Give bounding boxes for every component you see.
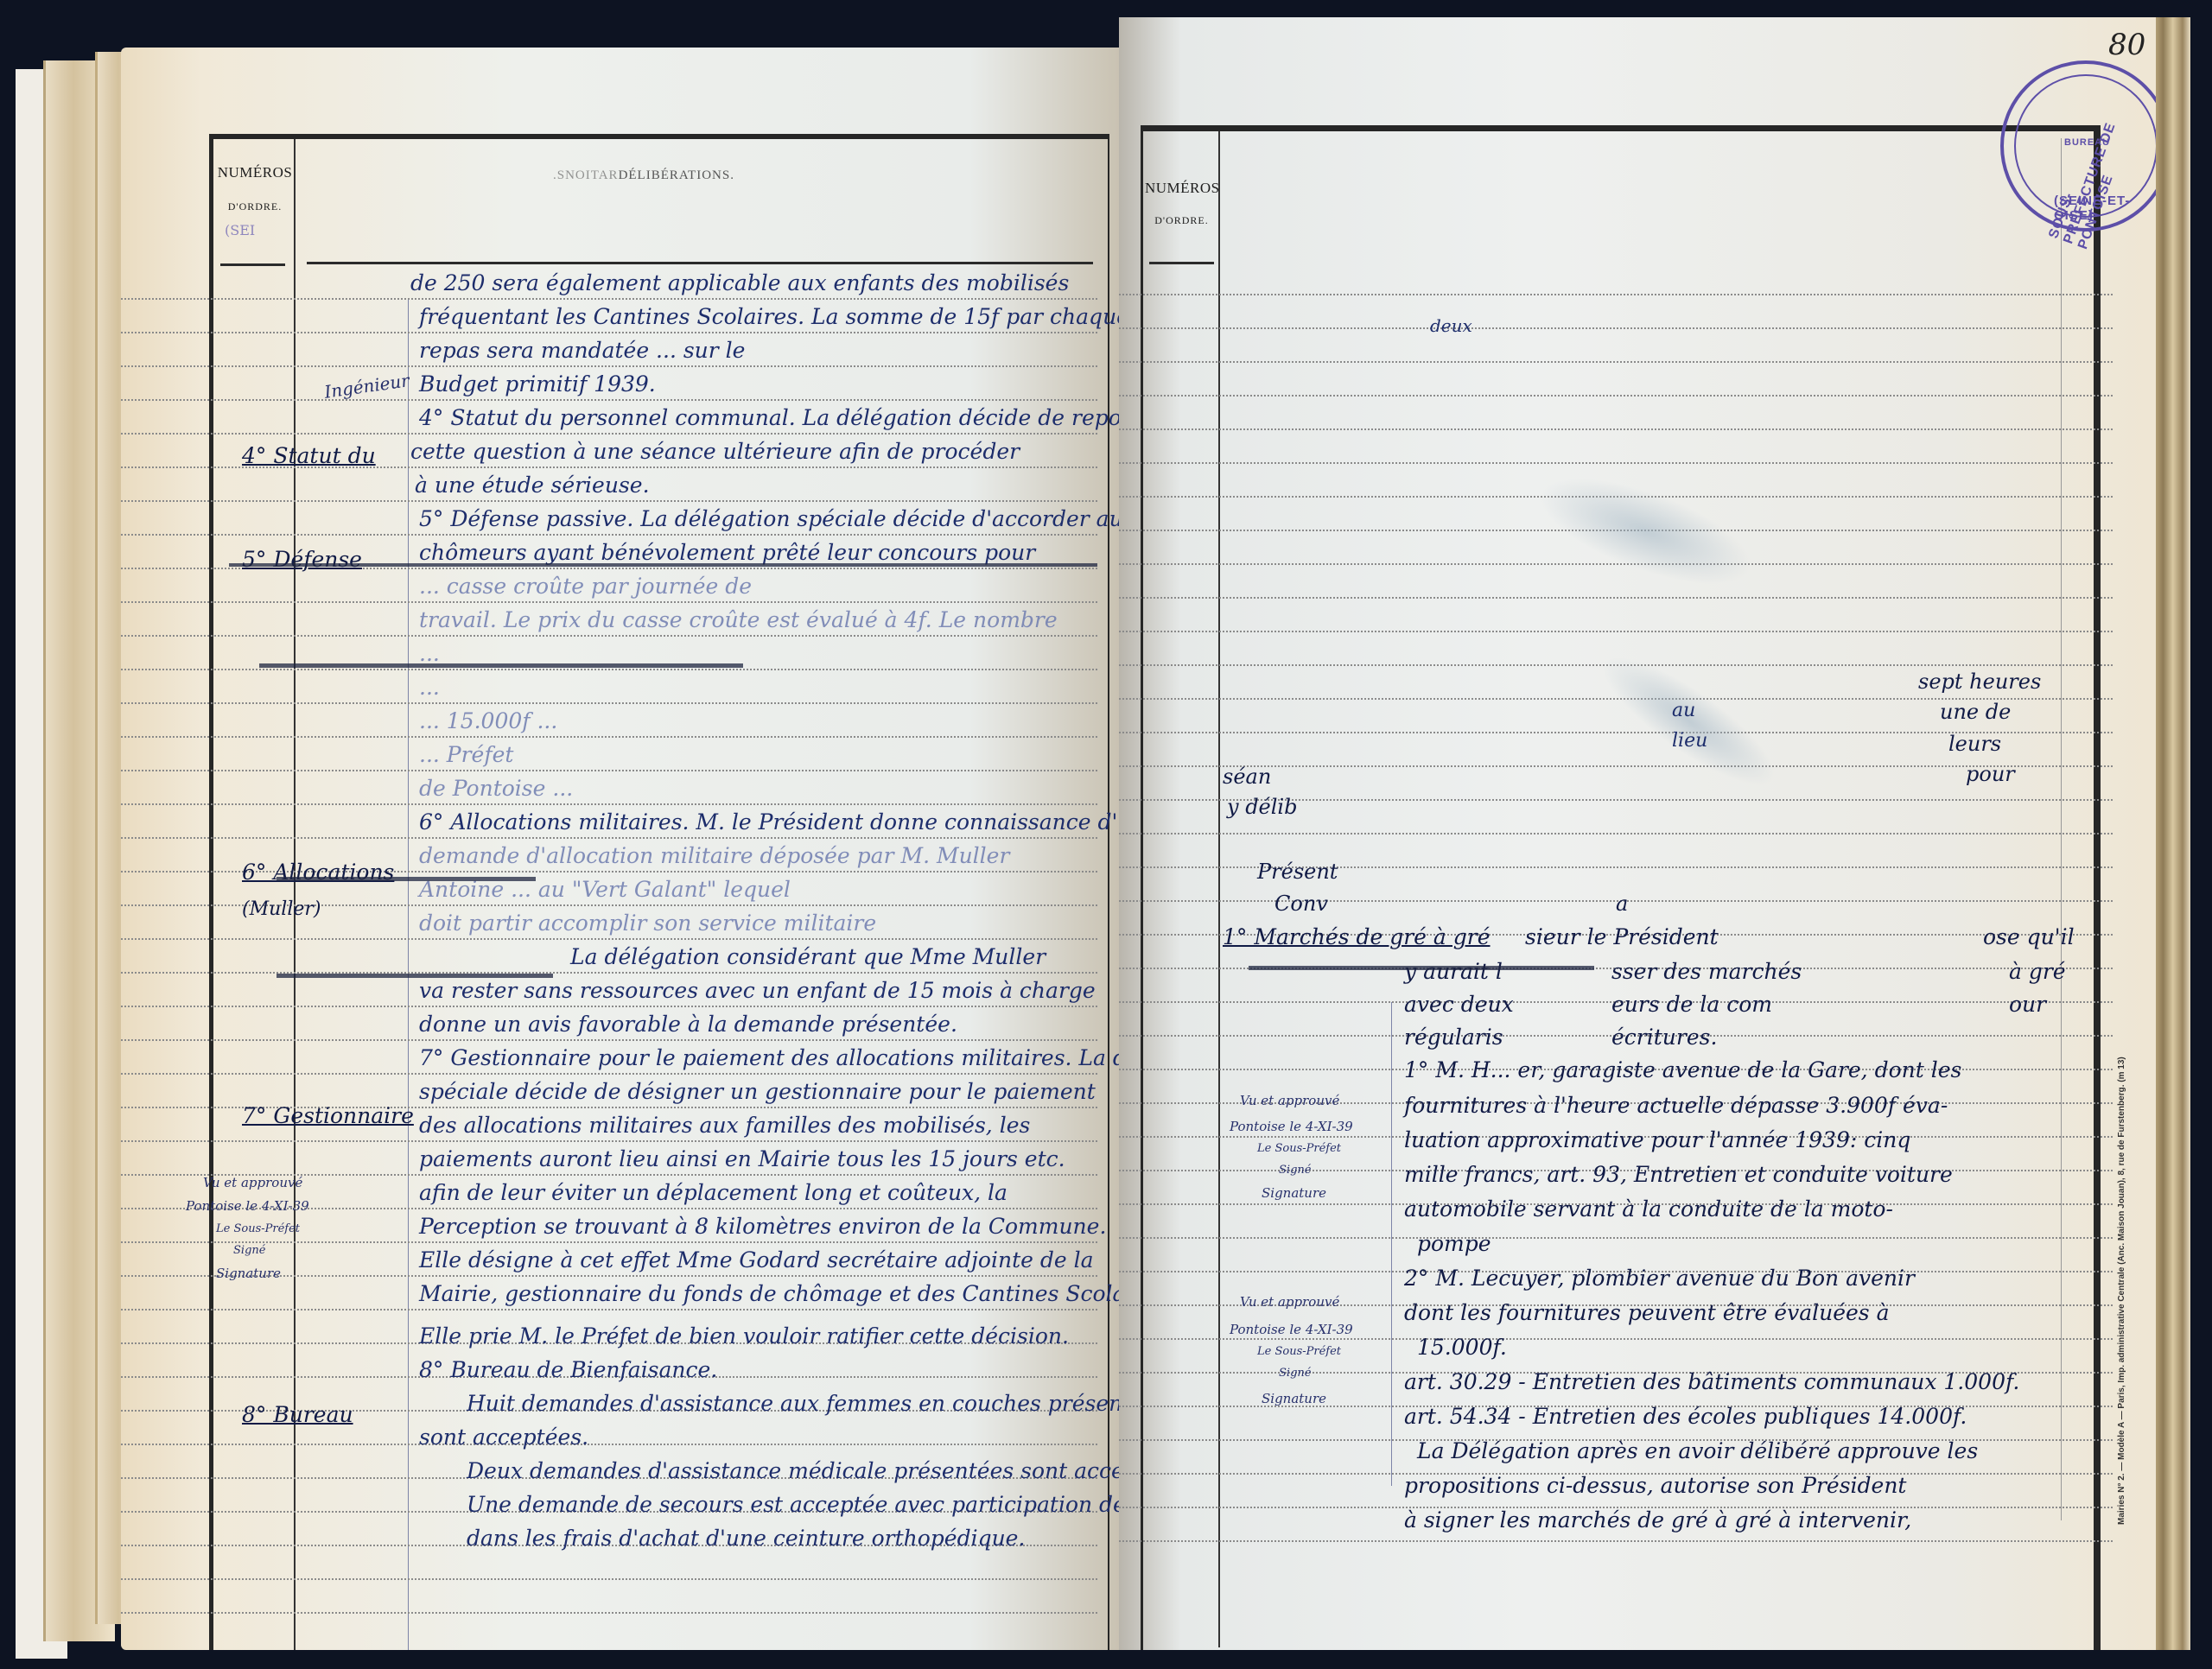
ruled-line: [121, 1578, 1097, 1581]
text-line: chômeurs ayant bénévolement prêté leur c…: [419, 540, 1035, 565]
text-fragment: Conv: [1274, 892, 1328, 916]
text-fragment: une de: [1940, 700, 2011, 724]
text-line: Huit demandes d'assistance aux femmes en…: [467, 1391, 1119, 1416]
ruled-line: [1119, 1540, 2113, 1543]
ruled-line: [121, 972, 1097, 974]
text-line: à signer les marchés de gré à gré à inte…: [1404, 1507, 1911, 1533]
ruled-line: [121, 534, 1097, 536]
text-line: spéciale décide de désigner un gestionna…: [419, 1079, 1096, 1104]
text-fragment: a: [1616, 892, 1628, 916]
text-line: 15.000f.: [1417, 1335, 1507, 1360]
text-line: automobile servant à la conduite de la m…: [1404, 1196, 1893, 1222]
text-line: ... Préfet: [419, 742, 513, 767]
text-line: 1° M. H... er, garagiste avenue de la Ga…: [1404, 1057, 1961, 1082]
text-line: travail. Le prix du casse croûte est éva…: [419, 607, 1058, 632]
text-line: avec deux: [1404, 992, 1514, 1017]
stamp-fragment: (SEI: [225, 222, 255, 238]
amount-column-rule: [2061, 138, 2062, 1520]
text-line: sieur le Président: [1525, 924, 1719, 949]
approval-signature: Signature: [1262, 1185, 1326, 1201]
text-line: à une étude sérieuse.: [415, 473, 650, 498]
text-line: La délégation considérant que Mme Muller: [570, 944, 1046, 969]
ruled-line: [121, 1444, 1097, 1446]
text-line: demande d'allocation militaire déposée p…: [419, 843, 1009, 868]
right-page: NUMÉROS D'ORDRE. SOUS-PRÉFECTURE DE PONT…: [1119, 17, 2156, 1650]
text-line: mille francs, art. 93, Entretien et cond…: [1404, 1162, 1953, 1187]
text-line: sser des marchés: [1611, 959, 1802, 984]
ruled-line: [1119, 428, 2113, 431]
text-line: à gré: [2009, 959, 2066, 984]
item-7-heading: 7° Gestionnaire: [242, 1103, 414, 1128]
approval-authority: Le Sous-Préfet: [216, 1222, 300, 1235]
approval-signed: Signé: [1279, 1367, 1311, 1380]
ruled-line: [121, 500, 1097, 503]
ruled-line: [121, 298, 1097, 301]
text-line: 4° Statut du personnel communal. La délé…: [419, 405, 1119, 430]
approval-authority: Le Sous-Préfet: [1257, 1142, 1341, 1155]
text-line: va rester sans ressources avec un enfant…: [419, 978, 1096, 1003]
text-line: Perception se trouvant à 8 kilomètres en…: [419, 1214, 1106, 1239]
approval-date: Pontoise le 4-XI-39: [186, 1198, 309, 1214]
ruled-line: [121, 770, 1097, 772]
column-header-numeros: NUMÉROS: [216, 164, 294, 181]
text-line: La Délégation après en avoir délibéré ap…: [1417, 1438, 1978, 1463]
text-line: donne un avis favorable à la demande pré…: [419, 1012, 957, 1037]
strikethrough: [276, 974, 553, 978]
text-line: ...: [419, 675, 440, 700]
text-line: fréquentant les Cantines Scolaires. La s…: [419, 304, 1119, 329]
text-line: Budget primitif 1939.: [419, 371, 656, 397]
ruled-line: [1119, 597, 2113, 600]
approval-note: Vu et approuvé: [1240, 1294, 1339, 1310]
ruled-line: [1119, 833, 2113, 835]
text-line: cette question à une séance ultérieure a…: [410, 439, 1020, 464]
approval-date: Pontoise le 4-XI-39: [1230, 1322, 1353, 1337]
ruled-line: [1119, 1237, 2113, 1240]
text-fragment: séan: [1223, 765, 1271, 789]
left-page: NUMÉROS D'ORDRE. .SNOITARDÉLIBÉRATIONS. …: [121, 48, 1119, 1650]
approval-authority: Le Sous-Préfet: [1257, 1345, 1341, 1358]
text-fragment: leurs: [1948, 732, 2001, 756]
approval-note: Vu et approuvé: [203, 1175, 302, 1190]
text-line: eurs de la com: [1611, 992, 1772, 1017]
ruled-line: [121, 1073, 1097, 1076]
text-line: dans les frais d'achat d'une ceinture or…: [467, 1526, 1025, 1551]
ruled-line: [1119, 1338, 2113, 1341]
text-line: régularis: [1404, 1025, 1503, 1050]
text-line: Mairie, gestionnaire du fonds de chômage…: [419, 1281, 1119, 1306]
ruled-line: [121, 601, 1097, 604]
text-line: Elle prie M. le Préfet de bien vouloir r…: [419, 1323, 1069, 1349]
text-line: art. 54.34 - Entretien des écoles publiq…: [1404, 1404, 1967, 1429]
text-line: de Pontoise ...: [419, 776, 573, 801]
text-fragment: lieu: [1672, 730, 1707, 752]
item-8-heading: 8° Bureau: [242, 1402, 353, 1427]
header-rule: [220, 263, 285, 267]
text-line: ose qu'il: [1983, 924, 2075, 949]
text-fragment: deux: [1430, 315, 1472, 336]
text-line: Une demande de secours est acceptée avec…: [467, 1492, 1119, 1517]
ruled-line: [121, 1140, 1097, 1143]
ruled-line: [121, 837, 1097, 840]
ruled-line: [121, 1006, 1097, 1008]
header-rule: [307, 262, 1093, 265]
text-line: 5° Défense passive. La délégation spécia…: [419, 506, 1119, 531]
ruled-line: [1119, 563, 2113, 566]
ruled-line: [121, 399, 1097, 402]
margin-rule: [1391, 1002, 1392, 1486]
column-divider: [1218, 131, 1220, 1647]
ruled-line: [1119, 294, 2113, 296]
column-header-ordre: D'ORDRE.: [216, 200, 294, 213]
ruled-line: [121, 803, 1097, 806]
strikethrough: [276, 877, 536, 881]
text-line: paiements auront lieu ainsi en Mairie to…: [419, 1146, 1065, 1171]
ruled-line: [121, 702, 1097, 705]
text-line: ... 15.000f ...: [419, 708, 557, 733]
ruled-line: [121, 1309, 1097, 1311]
text-fragment: y délib: [1227, 795, 1297, 819]
item-5-heading: 5° Défense: [242, 547, 362, 572]
text-line: 2° M. Lecuyer, plombier avenue du Bon av…: [1404, 1266, 1915, 1291]
text-line: dont les fournitures peuvent être évalué…: [1404, 1300, 1889, 1325]
text-line: Elle désigne à cet effet Mme Godard secr…: [419, 1247, 1094, 1272]
ruled-line: [121, 669, 1097, 671]
text-line: repas sera mandatée ... sur le: [419, 338, 745, 363]
text-line: 1° Marchés de gré à gré: [1223, 924, 1491, 949]
column-header-numeros: NUMÉROS: [1145, 180, 1218, 197]
text-fragment: au: [1672, 700, 1695, 721]
text-line: our: [2009, 992, 2046, 1017]
text-line: fournitures à l'heure actuelle dépasse 3…: [1404, 1093, 1948, 1118]
printer-imprint: Mairies N° 2. — Modèle A — Paris, Imp. a…: [2117, 1057, 2126, 1525]
ruled-line: [121, 433, 1097, 435]
ruled-line: [1119, 462, 2113, 465]
item-6-name: (Muller): [242, 898, 321, 920]
text-line: écritures.: [1611, 1025, 1717, 1050]
text-line: luation approximative pour l'année 1939:…: [1404, 1127, 1910, 1152]
text-line: y aurait l: [1404, 959, 1503, 984]
approval-note: Vu et approuvé: [1240, 1093, 1339, 1108]
text-fragment: sept heures: [1918, 670, 2041, 694]
text-line: ... casse croûte par journée de: [419, 574, 752, 599]
ruled-line: [121, 365, 1097, 368]
text-line: afin de leur éviter un déplacement long …: [419, 1180, 1007, 1205]
approval-date: Pontoise le 4-XI-39: [1230, 1119, 1353, 1134]
text-line: sont acceptées.: [419, 1425, 588, 1450]
ruled-line: [1119, 395, 2113, 397]
header-rule: [1149, 262, 1214, 265]
page-title: .SNOITARDÉLIBÉRATIONS.: [553, 168, 734, 183]
strikethrough: [259, 663, 743, 668]
ruled-line: [121, 1241, 1097, 1244]
heading-underline: [1249, 966, 1594, 970]
column-header-ordre: D'ORDRE.: [1145, 214, 1218, 227]
folio-number: 80: [2108, 28, 2145, 62]
text-line: de 250 sera également applicable aux enf…: [410, 270, 1069, 295]
text-line: art. 30.29 - Entretien des bâtiments com…: [1404, 1369, 2019, 1394]
text-fragment: Présent: [1257, 860, 1338, 884]
text-line: ...: [419, 641, 440, 666]
ruled-line: [121, 1039, 1097, 1042]
ruled-line: [1119, 631, 2113, 633]
text-line: propositions ci-dessus, autorise son Pré…: [1404, 1473, 1906, 1498]
item-4-heading: 4° Statut du: [242, 443, 376, 468]
approval-signed: Signé: [233, 1244, 265, 1257]
approval-signature: Signature: [216, 1266, 281, 1281]
text-line: 6° Allocations militaires. M. le Préside…: [419, 809, 1119, 834]
approval-signed: Signé: [1279, 1164, 1311, 1177]
text-line: 8° Bureau de Bienfaisance.: [419, 1357, 717, 1382]
approval-signature: Signature: [1262, 1391, 1326, 1406]
ruled-line: [121, 635, 1097, 638]
text-line: pompe: [1417, 1231, 1491, 1256]
ruled-line: [121, 332, 1097, 334]
text-line: doit partir accomplir son service milita…: [419, 911, 876, 936]
ruled-line: [121, 736, 1097, 739]
text-line: des allocations militaires aux familles …: [419, 1113, 1030, 1138]
ruled-line: [121, 1612, 1097, 1615]
strikethrough: [229, 563, 1097, 567]
text-fragment: pour: [1966, 762, 2015, 786]
ruled-line: [121, 938, 1097, 941]
ruled-line: [1119, 327, 2113, 330]
ruled-line: [1119, 361, 2113, 364]
text-line: 7° Gestionnaire pour le paiement des all…: [419, 1045, 1119, 1070]
book-page-edges-right: [2152, 17, 2190, 1650]
text-line: Deux demandes d'assistance médicale prés…: [467, 1458, 1119, 1483]
